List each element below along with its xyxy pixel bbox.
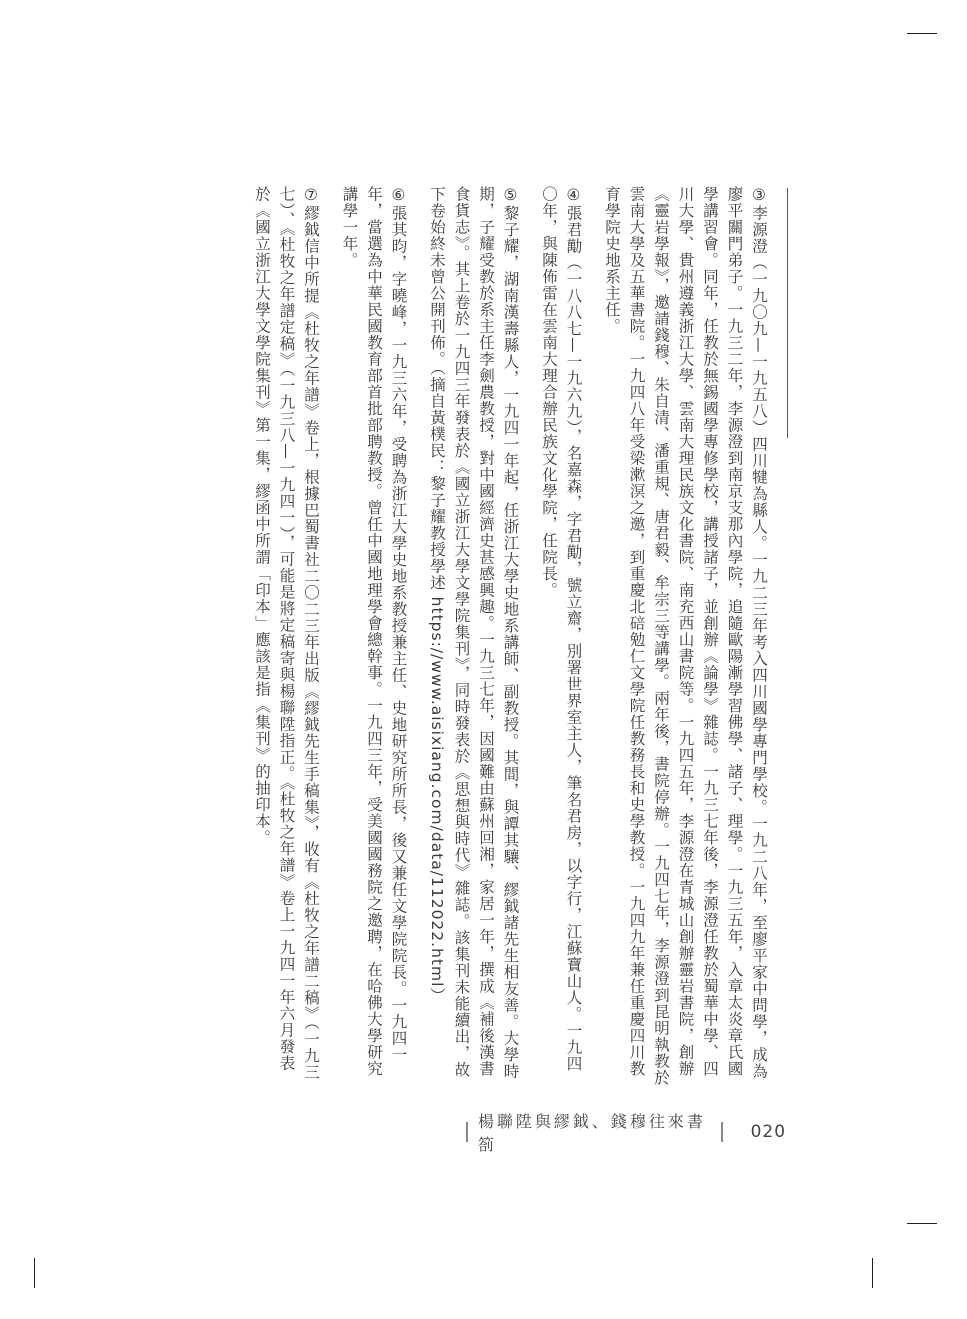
footnote-text: 李源澄（一九〇九—一九五八）四川犍為縣人。一九二三年考入四川國學專門學校。一九二… (603, 186, 768, 1086)
footer-divider (721, 1122, 723, 1142)
crop-mark-bottom-right (907, 1223, 937, 1224)
footnote-text: 張君勱（一八八七—一九六九），名嘉森，字君勱，號立齋，別署世界室主人，筆名君房，… (540, 186, 583, 1072)
running-title: 楊聯陞與繆鉞、錢穆往來書箚 (478, 1109, 711, 1155)
footnote-4: ④張君勱（一八八七—一九六九），名嘉森，字君勱，號立齋，別署世界室主人，筆名君房… (537, 186, 586, 1086)
footnote-number: ③ (747, 186, 772, 205)
crop-mark-bottom-left (34, 1258, 35, 1288)
footnote-text: 張其昀，字曉峰，一九三六年，受聘為浙江大學史地系教授兼主任、史地研究所所長，後又… (341, 186, 408, 1077)
crop-mark-bottom-right-vertical (872, 1258, 873, 1288)
footnote-number: ⑥ (386, 186, 411, 205)
footnote-number: ④ (561, 186, 586, 205)
page-footer: 楊聯陞與繆鉞、錢穆往來書箚 020 (456, 1118, 786, 1146)
footnotes: ③李源澄（一九〇九—一九五八）四川犍為縣人。一九二三年考入四川國學專門學校。一九… (236, 186, 772, 1086)
page-number: 020 (751, 1122, 786, 1142)
footer-divider (466, 1122, 468, 1142)
footnote-text: 繆鉞信中所提《杜牧之年譜》卷上，根據巴蜀書社二〇二三年出版《繆鉞先生手稿集》，收… (253, 186, 320, 1081)
footnote-6: ⑥張其昀，字曉峰，一九三六年，受聘為浙江大學史地系教授兼主任、史地研究所所長，後… (337, 186, 411, 1086)
footnote-text: 黎子耀，湖南漢壽縣人，一九四一年起，任浙江大學史地系講師、副教授。其間，與譚其驤… (428, 186, 520, 1080)
footnote-number: ⑤ (498, 186, 523, 205)
crop-mark-top-right (907, 33, 937, 34)
footnote-3: ③李源澄（一九〇九—一九五八）四川犍為縣人。一九二三年考入四川國學專門學校。一九… (600, 186, 772, 1086)
footnote-number: ⑦ (299, 186, 324, 205)
footnote-separator-rule (787, 188, 788, 438)
footnote-7: ⑦繆鉞信中所提《杜牧之年譜》卷上，根據巴蜀書社二〇二三年出版《繆鉞先生手稿集》，… (250, 186, 324, 1086)
footnote-5: ⑤黎子耀，湖南漢壽縣人，一九四一年起，任浙江大學史地系講師、副教授。其間，與譚其… (425, 186, 523, 1086)
